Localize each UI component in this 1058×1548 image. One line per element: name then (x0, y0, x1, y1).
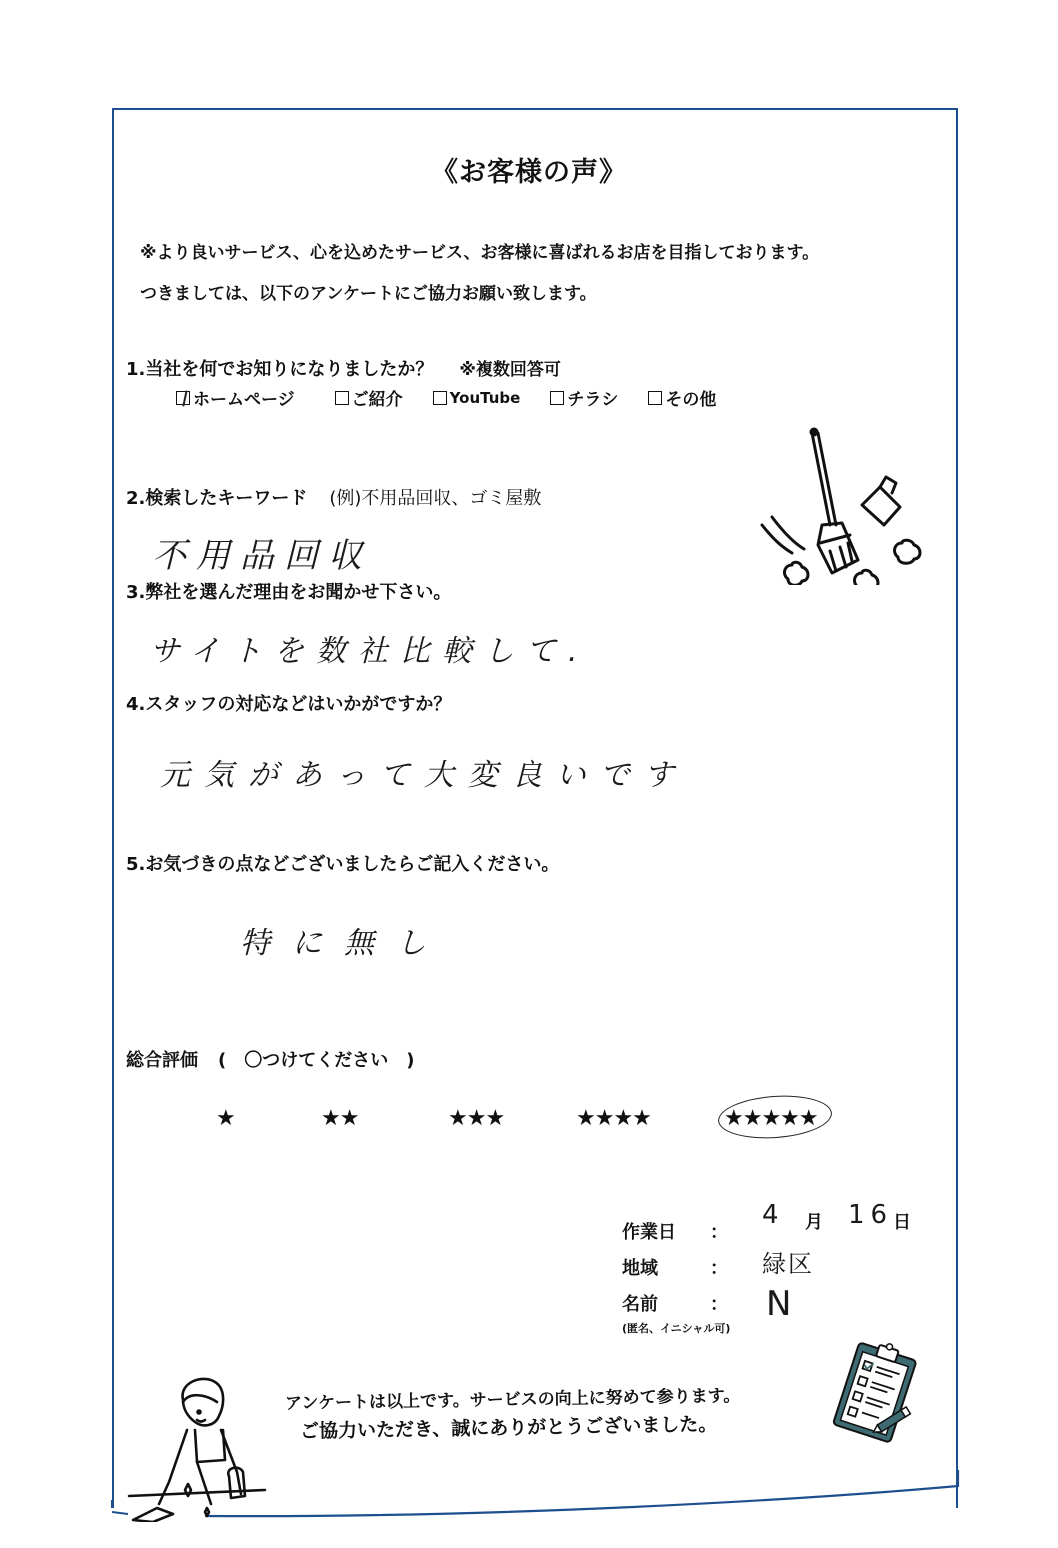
colon: ： (710, 1254, 728, 1280)
checkbox-icon[interactable] (335, 391, 349, 405)
rating-2-star[interactable]: ★★ (321, 1106, 358, 1131)
checkbox-checked-icon[interactable] (176, 391, 190, 405)
name-label: 名前 (622, 1290, 658, 1316)
rating-4-star[interactable]: ★★★★ (576, 1106, 651, 1131)
answer-5[interactable]: 特に無し (240, 918, 448, 962)
area-value[interactable]: 緑区 (762, 1244, 814, 1279)
question-2: 2.検索したキーワード(例)不用品回収、ゴミ屋敷 (126, 484, 541, 510)
page-title: 《お客様の声》 (0, 150, 1058, 189)
cleaning-staff-illustration (125, 1372, 275, 1522)
checkbox-icon[interactable] (550, 391, 564, 405)
area-label: 地域 (622, 1254, 658, 1280)
checkbox-icon[interactable] (648, 391, 662, 405)
option-flyer[interactable]: チラシ (550, 385, 618, 410)
question-1: 1.当社を何でお知りになりましたか？※複数回答可 (126, 355, 561, 381)
rating-1-star[interactable]: ★ (216, 1106, 235, 1131)
option-youtube[interactable]: YouTube (433, 385, 521, 410)
work-date-month[interactable]: 4 (762, 1200, 779, 1230)
broom-dustpan-illustration (752, 425, 932, 585)
option-other[interactable]: その他 (648, 385, 716, 410)
answer-4[interactable]: 元気があって大変良いです (160, 750, 688, 794)
answer-3[interactable]: サイトを数社比較して. (150, 626, 589, 670)
question-5: 5.お気づきの点などございましたらご記入ください。 (126, 850, 559, 876)
intro-line-2: つきましては、以下のアンケートにご協力お願い致します。 (140, 279, 597, 304)
work-date-day[interactable]: 16 (848, 1200, 893, 1230)
month-suffix: 月 (805, 1208, 823, 1234)
colon: ： (710, 1218, 728, 1244)
day-suffix: 日 (893, 1208, 911, 1234)
colon: ： (710, 1290, 728, 1316)
question-1-label: 当社を何でお知りになりましたか？ (145, 359, 433, 380)
question-4: 4.スタッフの対応などはいかがですか？ (126, 690, 451, 716)
question-1-number: 1. (126, 359, 145, 380)
question-1-note: ※複数回答可 (459, 360, 561, 380)
rating-3-star[interactable]: ★★★ (448, 1106, 504, 1131)
option-referral[interactable]: ご紹介 (335, 385, 403, 410)
checkbox-icon[interactable] (433, 391, 447, 405)
work-date-label: 作業日 (622, 1218, 676, 1244)
form-frame (112, 108, 958, 1508)
name-value[interactable]: N (766, 1284, 791, 1324)
clipboard-checklist-icon (826, 1340, 926, 1450)
name-note: (匿名、イニシャル可) (622, 1320, 730, 1336)
question-1-options: ホームページ ご紹介 YouTube チラシ その他 (176, 385, 746, 410)
question-3: 3.弊社を選んだ理由をお聞かせ下さい。 (126, 578, 451, 604)
option-homepage[interactable]: ホームページ (176, 385, 295, 410)
intro-line-1: ※より良いサービス、心を込めたサービス、お客様に喜ばれるお店を目指しております。 (140, 238, 819, 263)
overall-rating: 総合評価( 〇つけてください ) (126, 1046, 414, 1072)
question-2-example: (例)不用品回収、ゴミ屋敷 (329, 488, 541, 509)
answer-2[interactable]: 不用品回収 (152, 528, 372, 577)
